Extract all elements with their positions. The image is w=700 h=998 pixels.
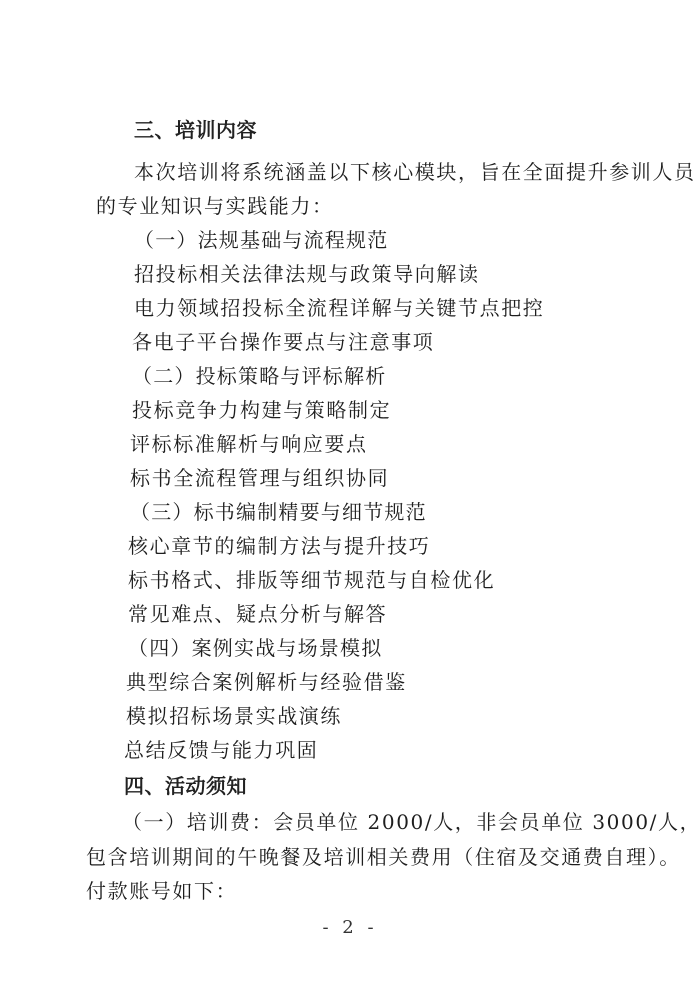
section-heading-training-content: 三、培训内容: [134, 118, 257, 142]
fee-paragraph-line-3: 付款账号如下：: [86, 879, 237, 903]
module-2-item-2: 评标标准解析与响应要点: [130, 432, 368, 456]
module-1-item-3: 各电子平台操作要点与注意事项: [132, 330, 434, 354]
module-4-title: （四）案例实战与场景模拟: [128, 636, 382, 660]
intro-paragraph-line-2: 的专业知识与实践能力：: [96, 194, 334, 218]
module-1-item-1: 招投标相关法律法规与政策导向解读: [134, 262, 480, 286]
module-2-item-3: 标书全流程管理与组织协同: [130, 466, 389, 490]
module-4-item-1: 典型综合案例解析与经验借鉴: [126, 670, 407, 694]
module-3-item-2: 标书格式、排版等细节规范与自检优化: [128, 568, 495, 592]
module-3-title: （三）标书编制精要与细节规范: [130, 500, 427, 524]
module-4-item-3: 总结反馈与能力巩固: [124, 738, 318, 762]
document-page: 三、培训内容 本次培训将系统涵盖以下核心模块，旨在全面提升参训人员 的专业知识与…: [0, 0, 700, 998]
fee-paragraph-line-2: 包含培训期间的午晚餐及培训相关费用（住宿及交通费自理）。: [86, 845, 681, 869]
section-heading-activity-notice: 四、活动须知: [124, 774, 247, 798]
module-2-title: （二）投标策略与评标解析: [132, 364, 386, 388]
module-1-item-2: 电力领域招投标全流程详解与关键节点把控: [134, 296, 544, 320]
intro-paragraph-line-1: 本次培训将系统涵盖以下核心模块，旨在全面提升参训人员: [134, 160, 696, 184]
page-number: - 2 -: [0, 917, 700, 938]
fee-paragraph-line-1: （一）培训费：会员单位 2000/人，非会员单位 3000/人，: [122, 810, 700, 834]
module-3-item-3: 常见难点、疑点分析与解答: [128, 602, 387, 626]
module-2-item-1: 投标竞争力构建与策略制定: [132, 398, 391, 422]
module-3-item-1: 核心章节的编制方法与提升技巧: [128, 534, 430, 558]
module-4-item-2: 模拟招标场景实战演练: [126, 704, 342, 728]
module-1-title: （一）法规基础与流程规范: [134, 228, 388, 252]
